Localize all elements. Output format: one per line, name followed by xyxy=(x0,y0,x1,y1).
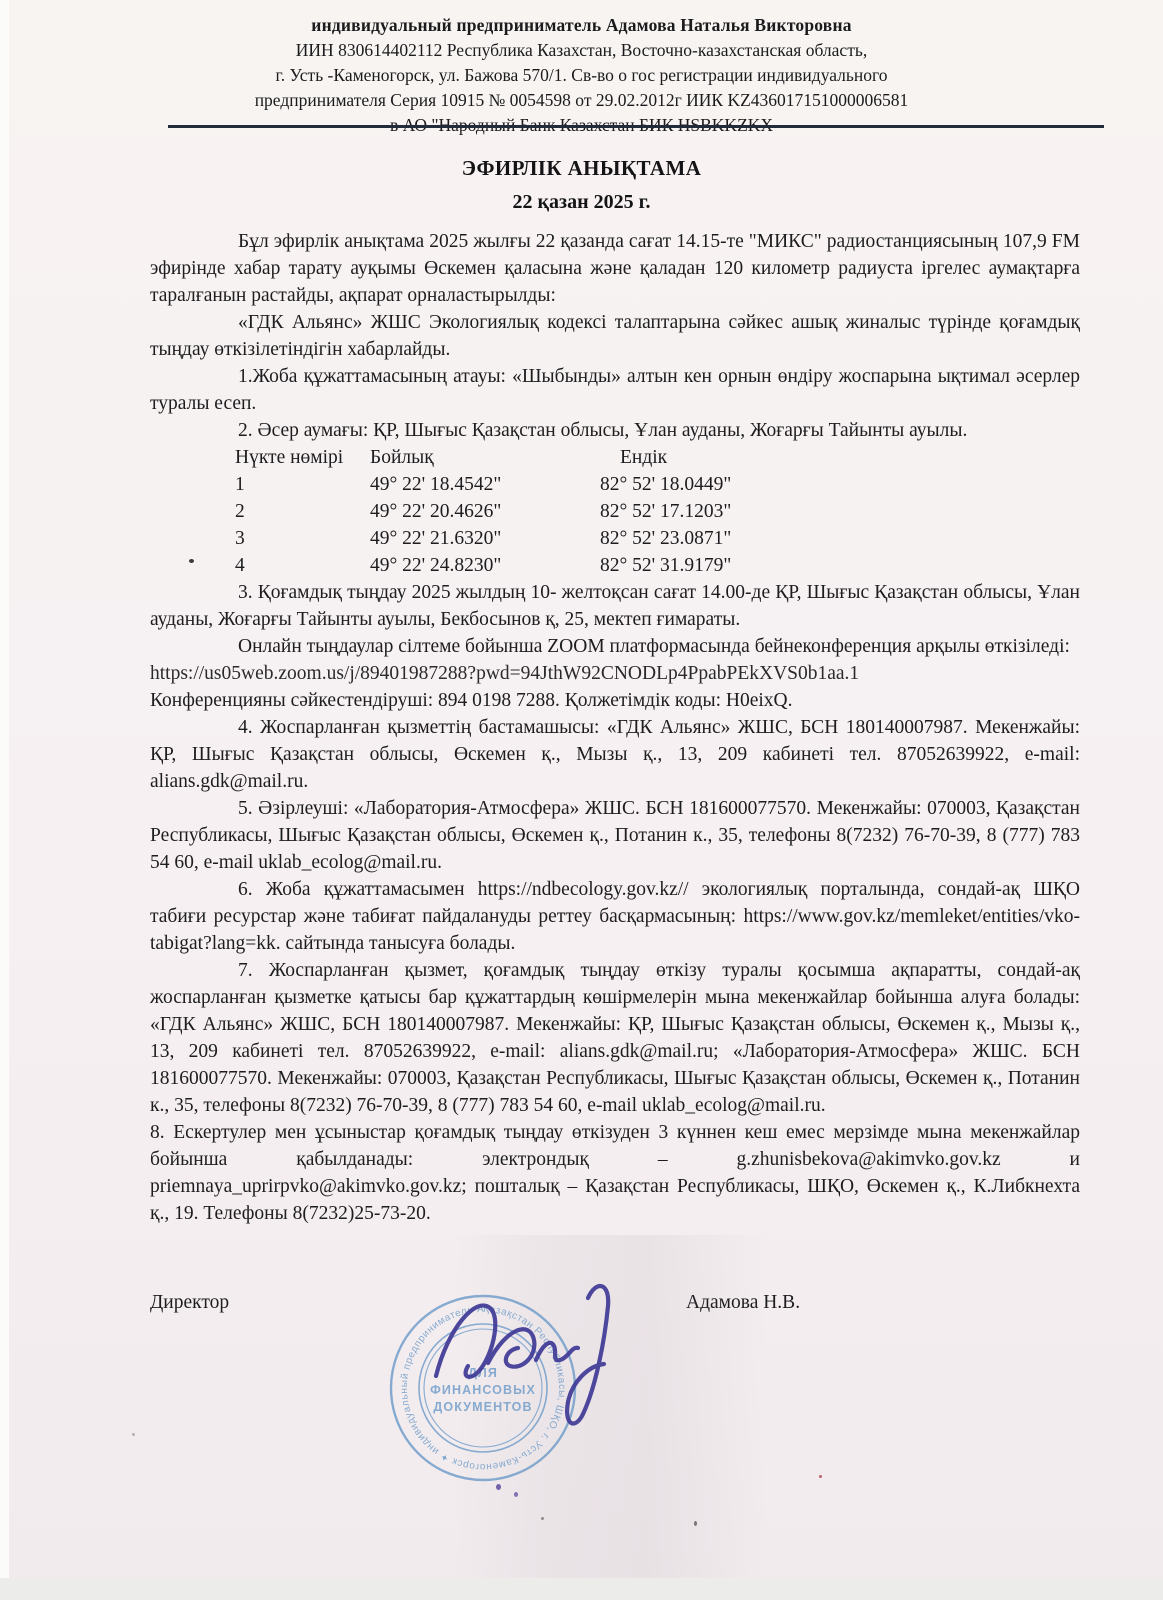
letterhead-line-3: г. Усть -Каменогорск, ул. Бажова 570/1. … xyxy=(60,63,1103,88)
longitude-value: 49° 22' 18.4542" xyxy=(370,471,600,498)
letterhead-line-4: предпринимателя Серия 10915 № 0054598 от… xyxy=(60,88,1103,113)
coordinates-header-row: Нүкте нөмірі Бойлық Ендік xyxy=(235,444,1080,471)
signature-role-label: Директор xyxy=(150,1292,229,1314)
document-date: 22 қазан 2025 г. xyxy=(0,191,1163,214)
longitude-value: 49° 22' 24.8230" xyxy=(370,552,600,579)
latitude-value: 82° 52' 31.9179" xyxy=(600,552,1080,579)
table-row: 3 49° 22' 21.6320" 82° 52' 23.0871" xyxy=(235,525,1080,552)
ink-speck xyxy=(819,1475,822,1478)
point-number: 1 xyxy=(235,471,370,498)
scanned-document-screenshot: { "header": { "line1": "индивидуальный п… xyxy=(0,0,1163,1600)
paragraph-online-hearing: Онлайн тыңдаулар сілтеме бойынша ZOOM пл… xyxy=(150,633,1080,660)
table-row: 2 49° 22' 20.4626" 82° 52' 17.1203" xyxy=(235,498,1080,525)
paragraph-announcement: «ГДК Альянс» ЖШС Экологиялық кодексі тал… xyxy=(150,309,1080,363)
paragraph-intro: Бұл эфирлік анықтама 2025 жылғы 22 қазан… xyxy=(150,228,1080,309)
point-number: 3 xyxy=(235,525,370,552)
longitude-value: 49° 22' 21.6320" xyxy=(370,525,600,552)
paragraph-item-3: 3. Қоғамдық тыңдау 2025 жылдың 10- желто… xyxy=(150,579,1080,633)
ink-speck xyxy=(189,559,194,563)
ink-speck xyxy=(541,1517,544,1520)
paragraph-item-1: 1.Жоба құжаттамасының атауы: «Шыбынды» а… xyxy=(150,363,1080,417)
latitude-value: 82° 52' 23.0871" xyxy=(600,525,1080,552)
ink-speck xyxy=(514,1492,518,1497)
point-number: 4 xyxy=(235,552,370,579)
longitude-value: 49° 22' 20.4626" xyxy=(370,498,600,525)
col-header-point: Нүкте нөмірі xyxy=(235,444,370,471)
handwritten-signature xyxy=(418,1268,663,1443)
paragraph-item-8: 8. Ескертулер мен ұсыныстар қоғамдық тың… xyxy=(150,1119,1080,1227)
document-title: ЭФИРЛІК АНЫҚТАМА xyxy=(0,156,1163,181)
document-body: Бұл эфирлік анықтама 2025 жылғы 22 қазан… xyxy=(150,228,1080,1227)
header-divider-line xyxy=(168,125,1104,128)
conference-id-line: Конференцияны сәйкестендіруші: 894 0198 … xyxy=(150,687,1080,714)
letterhead-line-1: индивидуальный предприниматель Адамова Н… xyxy=(60,13,1103,38)
table-row: 4 49° 22' 24.8230" 82° 52' 31.9179" xyxy=(235,552,1080,579)
paragraph-item-6: 6. Жоба құжаттамасымен https://ndbecolog… xyxy=(150,876,1080,957)
point-number: 2 xyxy=(235,498,370,525)
letterhead-line-2: ИИН 830614402112 Республика Казахстан, В… xyxy=(60,38,1103,63)
document-page: индивидуальный предприниматель Адамова Н… xyxy=(0,0,1163,1578)
table-row: 1 49° 22' 18.4542" 82° 52' 18.0449" xyxy=(235,471,1080,498)
paragraph-item-5: 5. Әзірлеуші: «Лаборатория-Атмосфера» ЖШ… xyxy=(150,795,1080,876)
letterhead: индивидуальный предприниматель Адамова Н… xyxy=(60,13,1103,138)
latitude-value: 82° 52' 18.0449" xyxy=(600,471,1080,498)
paragraph-item-7: 7. Жоспарланған қызмет, қоғамдық тыңдау … xyxy=(150,957,1080,1119)
paragraph-item-4: 4. Жоспарланған қызметтің бастамашысы: «… xyxy=(150,714,1080,795)
coordinates-table: Нүкте нөмірі Бойлық Ендік 1 49° 22' 18.4… xyxy=(235,444,1080,579)
col-header-longitude: Бойлық xyxy=(370,444,600,471)
paragraph-item-2: 2. Әсер аумағы: ҚР, Шығыс Қазақстан облы… xyxy=(150,417,1080,444)
signature-graphic xyxy=(418,1268,663,1443)
ink-speck xyxy=(496,1484,501,1490)
zoom-meeting-link: https://us05web.zoom.us/j/89401987288?pw… xyxy=(150,660,1080,687)
ink-speck xyxy=(694,1521,697,1526)
latitude-value: 82° 52' 17.1203" xyxy=(600,498,1080,525)
ink-speck xyxy=(132,1433,135,1436)
scan-edge-strip xyxy=(0,0,9,1578)
col-header-latitude: Ендік xyxy=(600,444,1080,471)
